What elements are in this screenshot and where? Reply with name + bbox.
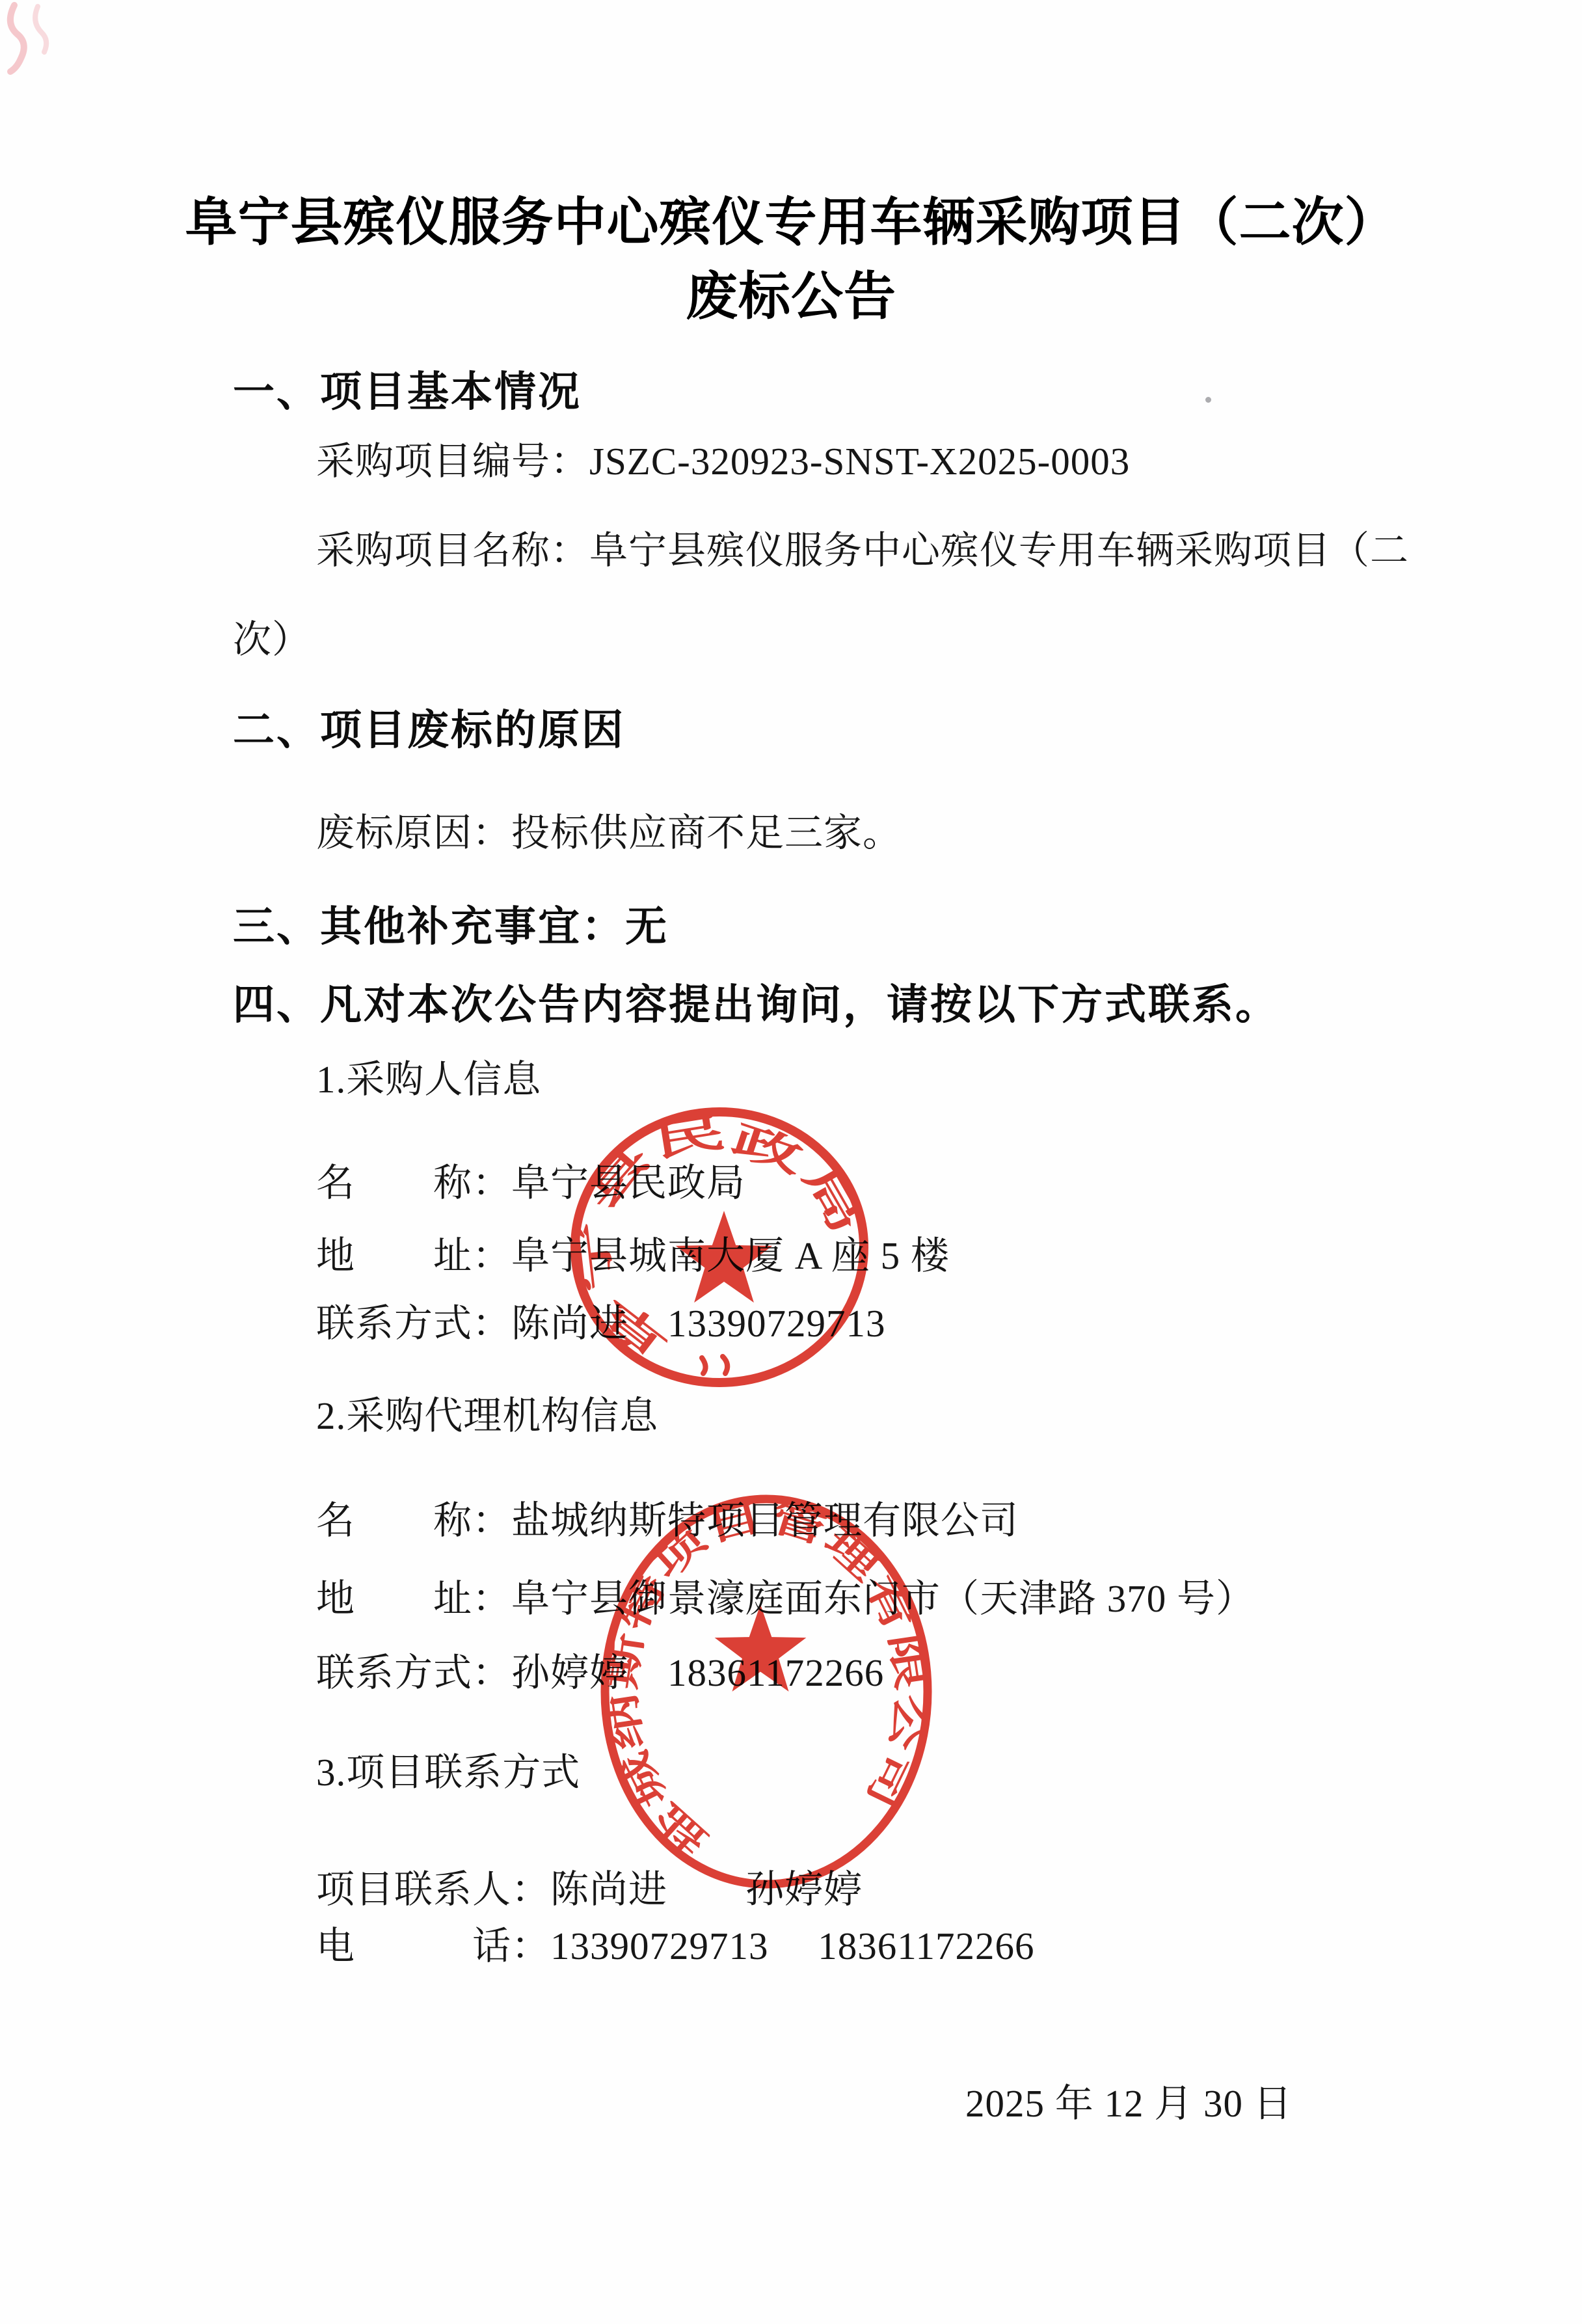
agency-company-seal: 盐城纳斯特项目管理有限公司	[599, 1493, 933, 1890]
date-line: 2025 年 12 月 30 日	[965, 2082, 1293, 2126]
project-number-line: 采购项目编号：JSZC-320923-SNST-X2025-0003	[316, 440, 1130, 484]
seal-star-icon	[715, 1604, 807, 1692]
buyer-subheading: 1.采购人信息	[316, 1058, 541, 1102]
section4-heading: 四、凡对本次公告内容提出询问，请按以下方式联系。	[233, 981, 1279, 1029]
project-name-line1: 采购项目名称：阜宁县殡仪服务中心殡仪专用车辆采购项目（二	[316, 529, 1409, 573]
section2-heading: 二、项目废标的原因	[233, 707, 625, 755]
document-title-line2: 废标公告	[0, 268, 1582, 325]
scan-speck	[1205, 397, 1211, 403]
project-name-line2: 次）	[233, 618, 311, 662]
reason-line: 废标原因：投标供应商不足三家。	[316, 811, 902, 856]
section3-heading: 三、其他补充事宜：无	[233, 903, 669, 951]
civil-affairs-official-seal: 阜宁县民政局	[568, 1105, 871, 1390]
seal-star-icon	[676, 1211, 772, 1303]
project-contact-subheading: 3.项目联系方式	[316, 1751, 580, 1795]
seal-bottom-marks	[702, 1357, 727, 1373]
phones-line: 电 话：13390729713 18361172266	[316, 1925, 1035, 1969]
corner-scribble-mark	[0, 0, 78, 104]
section1-heading: 一、项目基本情况	[233, 368, 582, 416]
document-title-line1: 阜宁县殡仪服务中心殡仪专用车辆采购项目（二次）	[0, 194, 1582, 251]
announcement-document: 阜宁县殡仪服务中心殡仪专用车辆采购项目（二次） 废标公告 一、项目基本情况 采购…	[0, 0, 1582, 2324]
agency-subheading: 2.采购代理机构信息	[316, 1394, 658, 1439]
